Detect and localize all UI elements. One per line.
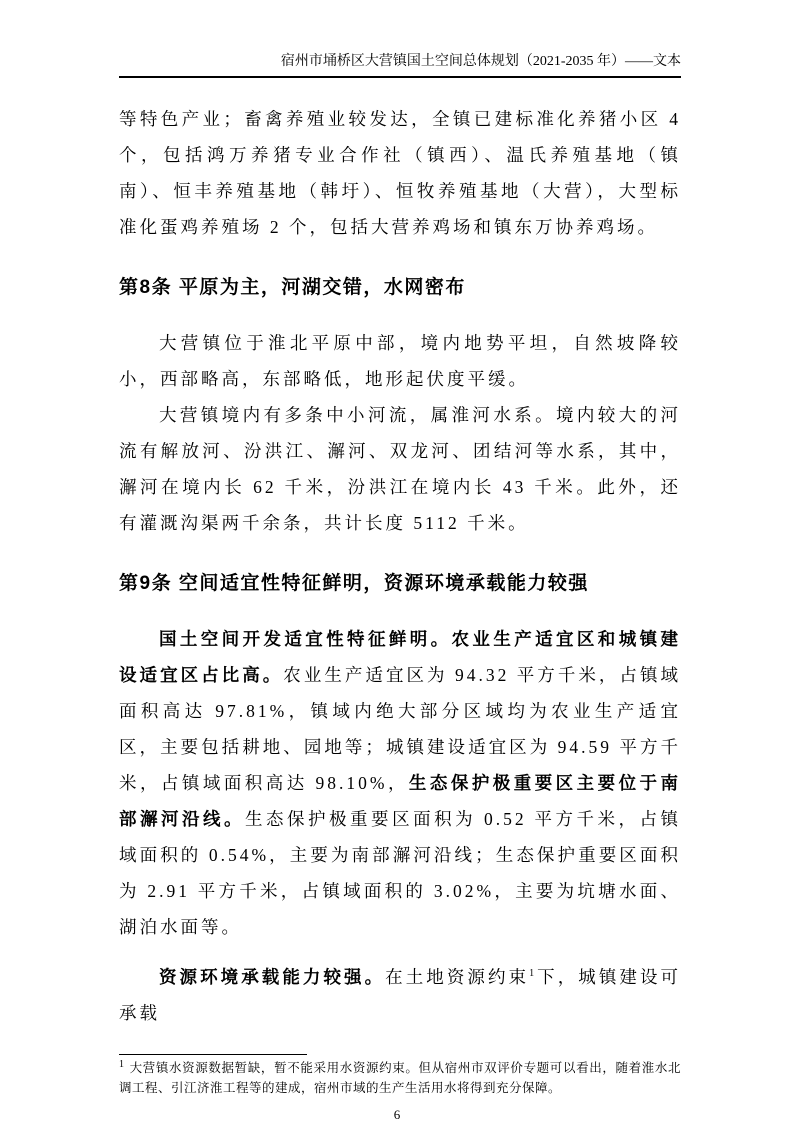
paragraph: 等特色产业；畜禽养殖业较发达，全镇已建标准化养猪小区 4 个，包括鸿万养猪专业合… bbox=[119, 101, 681, 245]
footnote-divider bbox=[119, 1054, 307, 1055]
paragraph: 资源环境承载能力较强。在土地资源约束1下，城镇建设可承载 bbox=[119, 959, 681, 1031]
page-number: 6 bbox=[394, 1108, 401, 1122]
emphasis-text: 第8条 平原为主，河湖交错，水网密布 bbox=[119, 277, 466, 298]
emphasis-text: 资源环境承载能力较强。 bbox=[159, 967, 385, 987]
footnote-marker: 1 bbox=[119, 1059, 125, 1070]
body-text: 在土地资源约束 bbox=[385, 967, 529, 987]
header-title: 宿州市埇桥区大营镇国土空间总体规划（2021-2035 年）——文本 bbox=[281, 54, 681, 69]
emphasis-text: 第9条 空间适宜性特征鲜明，资源环境承载能力较强 bbox=[119, 573, 589, 594]
footnote-body: 大营镇水资源数据暂缺，暂不能采用水资源约束。但从宿州市双评价专题可以看出，随着淮… bbox=[119, 1061, 681, 1095]
body-text: 大营镇位于淮北平原中部，境内地势平坦，自然坡降较小，西部略高，东部略低，地形起伏… bbox=[119, 333, 681, 389]
document-header: 宿州市埇桥区大营镇国土空间总体规划（2021-2035 年）——文本 bbox=[119, 52, 681, 78]
document-page: 宿州市埇桥区大营镇国土空间总体规划（2021-2035 年）——文本 等特色产业… bbox=[0, 0, 794, 1123]
body-text: 大营镇境内有多条中小河流，属淮河水系。境内较大的河流有解放河、汾洪江、澥河、双龙… bbox=[119, 405, 681, 533]
paragraph: 大营镇位于淮北平原中部，境内地势平坦，自然坡降较小，西部略高，东部略低，地形起伏… bbox=[119, 325, 681, 397]
paragraph: 大营镇境内有多条中小河流，属淮河水系。境内较大的河流有解放河、汾洪江、澥河、双龙… bbox=[119, 397, 681, 541]
footnote-ref: 1 bbox=[529, 968, 537, 979]
paragraph: 国土空间开发适宜性特征鲜明。农业生产适宜区和城镇建设适宜区占比高。农业生产适宜区… bbox=[119, 621, 681, 945]
section-heading: 第8条 平原为主，河湖交错，水网密布 bbox=[119, 273, 681, 302]
page-footer: 6 bbox=[0, 1106, 794, 1123]
section-heading: 第9条 空间适宜性特征鲜明，资源环境承载能力较强 bbox=[119, 569, 681, 598]
body-text: 等特色产业；畜禽养殖业较发达，全镇已建标准化养猪小区 4 个，包括鸿万养猪专业合… bbox=[119, 109, 681, 237]
footnote-section: 1大营镇水资源数据暂缺，暂不能采用水资源约束。但从宿州市双评价专题可以看出，随着… bbox=[119, 1054, 681, 1098]
document-body: 等特色产业；畜禽养殖业较发达，全镇已建标准化养猪小区 4 个，包括鸿万养猪专业合… bbox=[119, 101, 681, 1031]
footnote-text: 1大营镇水资源数据暂缺，暂不能采用水资源约束。但从宿州市双评价专题可以看出，随着… bbox=[119, 1058, 681, 1098]
